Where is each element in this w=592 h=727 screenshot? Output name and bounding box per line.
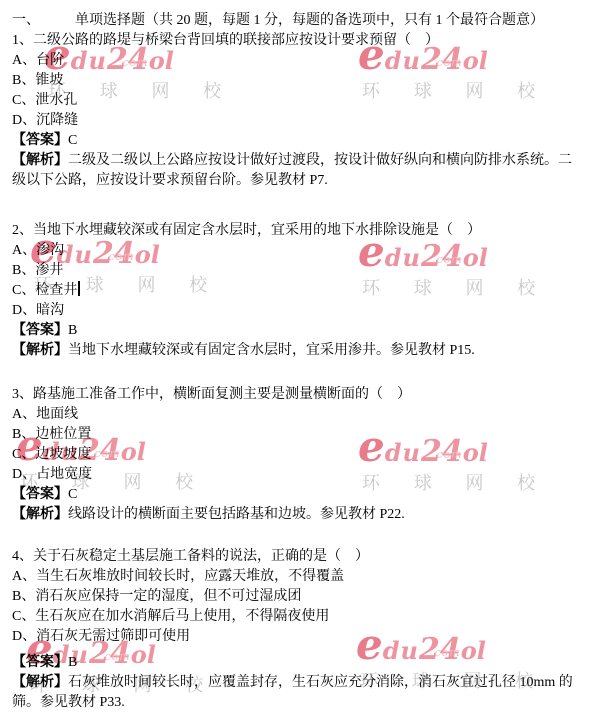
answer-label: 【答案】 — [12, 655, 68, 670]
document-page: edu24ol.com 环 球 网 校 edu24ol.com 环 球 网 校 … — [0, 0, 592, 727]
option-label: C、 — [12, 93, 35, 108]
stem-text: 路基施工准备工作中，横断面复测主要是测量横断面的（ ） — [33, 387, 411, 402]
stem-text: 二级公路的路堤与桥梁台背回填的联接部应按设计要求预留（ ） — [33, 33, 439, 48]
question-3-option-d[interactable]: D、占地宽度 — [12, 465, 578, 485]
question-number: 3、 — [12, 387, 33, 402]
question-2-stem[interactable]: 2、当地下水埋藏较深或有固定含水层时，宜采用的地下水排除设施是（ ） — [12, 221, 578, 241]
question-2-option-d[interactable]: D、暗沟 — [12, 301, 578, 321]
stem-text: 当地下水埋藏较深或有固定含水层时，宜采用的地下水排除设施是（ ） — [33, 223, 481, 238]
answer-label: 【答案】 — [12, 487, 68, 502]
question-2: 2、当地下水埋藏较深或有固定含水层时，宜采用的地下水排除设施是（ ） A、渗沟 … — [12, 221, 578, 361]
question-1-stem[interactable]: 1、二级公路的路堤与桥梁台背回填的联接部应按设计要求预留（ ） — [12, 31, 578, 51]
option-text: 消石灰应保持一定的湿度，但不可过湿成团 — [35, 589, 301, 604]
question-4-option-a[interactable]: A、当生石灰堆放时间较长时，应露天堆放，不得覆盖 — [12, 567, 578, 587]
option-label: A、 — [12, 407, 36, 422]
question-2-option-b[interactable]: B、渗井 — [12, 261, 578, 281]
option-label: D、 — [12, 467, 36, 482]
option-label: B、 — [12, 263, 35, 278]
option-text: 边桩位置 — [35, 427, 91, 442]
option-text: 渗井 — [35, 263, 63, 278]
option-text: 边坡坡度 — [35, 447, 91, 462]
option-text: 消石灰无需过筛即可使用 — [36, 629, 190, 644]
question-4-option-c[interactable]: C、生石灰应在加水消解后马上使用，不得隔夜使用 — [12, 607, 578, 627]
option-label: D、 — [12, 113, 36, 128]
question-4-stem[interactable]: 4、关于石灰稳定土基层施工备料的说法，正确的是（ ） — [12, 547, 578, 567]
option-label: D、 — [12, 629, 36, 644]
question-number: 4、 — [12, 549, 33, 564]
option-label: C、 — [12, 447, 35, 462]
option-text: 生石灰应在加水消解后马上使用，不得隔夜使用 — [35, 609, 329, 624]
answer-label: 【答案】 — [12, 133, 68, 148]
question-1-option-b[interactable]: B、锥坡 — [12, 71, 578, 91]
question-3-option-a[interactable]: A、地面线 — [12, 405, 578, 425]
question-1-answer[interactable]: 【答案】C — [12, 131, 578, 151]
option-text: 占地宽度 — [36, 467, 92, 482]
question-4-analysis[interactable]: 【解析】石灰堆放时间较长时，应覆盖封存，生石灰应充分消除，消石灰宜过孔径 10m… — [12, 673, 578, 713]
option-label: D、 — [12, 303, 36, 318]
analysis-text: 二级及二级以上公路应按设计做好过渡段，按设计做好纵向和横向防排水系统。二级以下公… — [12, 153, 572, 188]
option-text: 渗沟 — [36, 243, 64, 258]
section-title: 单项选择题（共 20 题，每题 1 分，每题的备选项中，只有 1 个最符合题意） — [75, 13, 544, 28]
question-3-option-b[interactable]: B、边桩位置 — [12, 425, 578, 445]
question-2-analysis[interactable]: 【解析】当地下水埋藏较深或有固定含水层时，宜采用渗井。参见教材 P15. — [12, 341, 578, 361]
option-label: B、 — [12, 589, 35, 604]
question-1-option-c[interactable]: C、泄水孔 — [12, 91, 578, 111]
analysis-label: 【解析】 — [12, 507, 68, 522]
stem-text: 关于石灰稳定土基层施工备料的说法，正确的是（ ） — [33, 549, 369, 564]
section-number: 一、 — [12, 11, 40, 31]
section-header[interactable]: 一、单项选择题（共 20 题，每题 1 分，每题的备选项中，只有 1 个最符合题… — [12, 11, 578, 31]
option-label: B、 — [12, 73, 35, 88]
option-label: A、 — [12, 53, 36, 68]
question-1: 1、二级公路的路堤与桥梁台背回填的联接部应按设计要求预留（ ） A、台阶 B、锥… — [12, 31, 578, 191]
question-3-stem[interactable]: 3、路基施工准备工作中，横断面复测主要是测量横断面的（ ） — [12, 385, 578, 405]
answer-value: B — [68, 323, 77, 338]
text-cursor — [78, 281, 80, 296]
question-3: 3、路基施工准备工作中，横断面复测主要是测量横断面的（ ） A、地面线 B、边桩… — [12, 385, 578, 525]
option-label: C、 — [12, 609, 35, 624]
question-4: 4、关于石灰稳定土基层施工备料的说法，正确的是（ ） A、当生石灰堆放时间较长时… — [12, 547, 578, 713]
question-1-option-d[interactable]: D、沉降缝 — [12, 111, 578, 131]
option-text: 台阶 — [36, 53, 64, 68]
question-2-answer[interactable]: 【答案】B — [12, 321, 578, 341]
question-3-option-c[interactable]: C、边坡坡度 — [12, 445, 578, 465]
question-2-option-a[interactable]: A、渗沟 — [12, 241, 578, 261]
question-2-option-c[interactable]: C、检查井 — [12, 281, 578, 301]
option-text: 暗沟 — [36, 303, 64, 318]
analysis-label: 【解析】 — [12, 675, 68, 690]
question-3-answer[interactable]: 【答案】C — [12, 485, 578, 505]
option-label: A、 — [12, 243, 36, 258]
document-content[interactable]: 一、单项选择题（共 20 题，每题 1 分，每题的备选项中，只有 1 个最符合题… — [0, 0, 592, 713]
answer-value: C — [68, 133, 77, 148]
question-3-analysis[interactable]: 【解析】线路设计的横断面主要包括路基和边坡。参见教材 P22. — [12, 505, 578, 525]
option-text: 泄水孔 — [35, 93, 77, 108]
question-4-option-b[interactable]: B、消石灰应保持一定的湿度，但不可过湿成团 — [12, 587, 578, 607]
option-text: 检查井 — [35, 283, 77, 298]
analysis-text: 当地下水埋藏较深或有固定含水层时，宜采用渗井。参见教材 P15. — [68, 343, 475, 358]
question-4-option-d[interactable]: D、消石灰无需过筛即可使用 — [12, 627, 578, 647]
analysis-text: 石灰堆放时间较长时，应覆盖封存，生石灰应充分消除，消石灰宜过孔径 10mm 的筛… — [12, 675, 573, 710]
answer-label: 【答案】 — [12, 323, 68, 338]
question-1-analysis[interactable]: 【解析】二级及二级以上公路应按设计做好过渡段，按设计做好纵向和横向防排水系统。二… — [12, 151, 578, 191]
question-1-option-a[interactable]: A、台阶 — [12, 51, 578, 71]
option-label: A、 — [12, 569, 36, 584]
question-number: 2、 — [12, 223, 33, 238]
question-number: 1、 — [12, 33, 33, 48]
analysis-text: 线路设计的横断面主要包括路基和边坡。参见教材 P22. — [68, 507, 405, 522]
option-label: C、 — [12, 283, 35, 298]
answer-value: B — [68, 655, 77, 670]
analysis-label: 【解析】 — [12, 153, 68, 168]
option-text: 当生石灰堆放时间较长时，应露天堆放，不得覆盖 — [36, 569, 344, 584]
option-text: 地面线 — [36, 407, 78, 422]
option-text: 沉降缝 — [36, 113, 78, 128]
answer-value: C — [68, 487, 77, 502]
option-text: 锥坡 — [35, 73, 63, 88]
option-label: B、 — [12, 427, 35, 442]
analysis-label: 【解析】 — [12, 343, 68, 358]
question-4-answer[interactable]: 【答案】B — [12, 653, 578, 673]
